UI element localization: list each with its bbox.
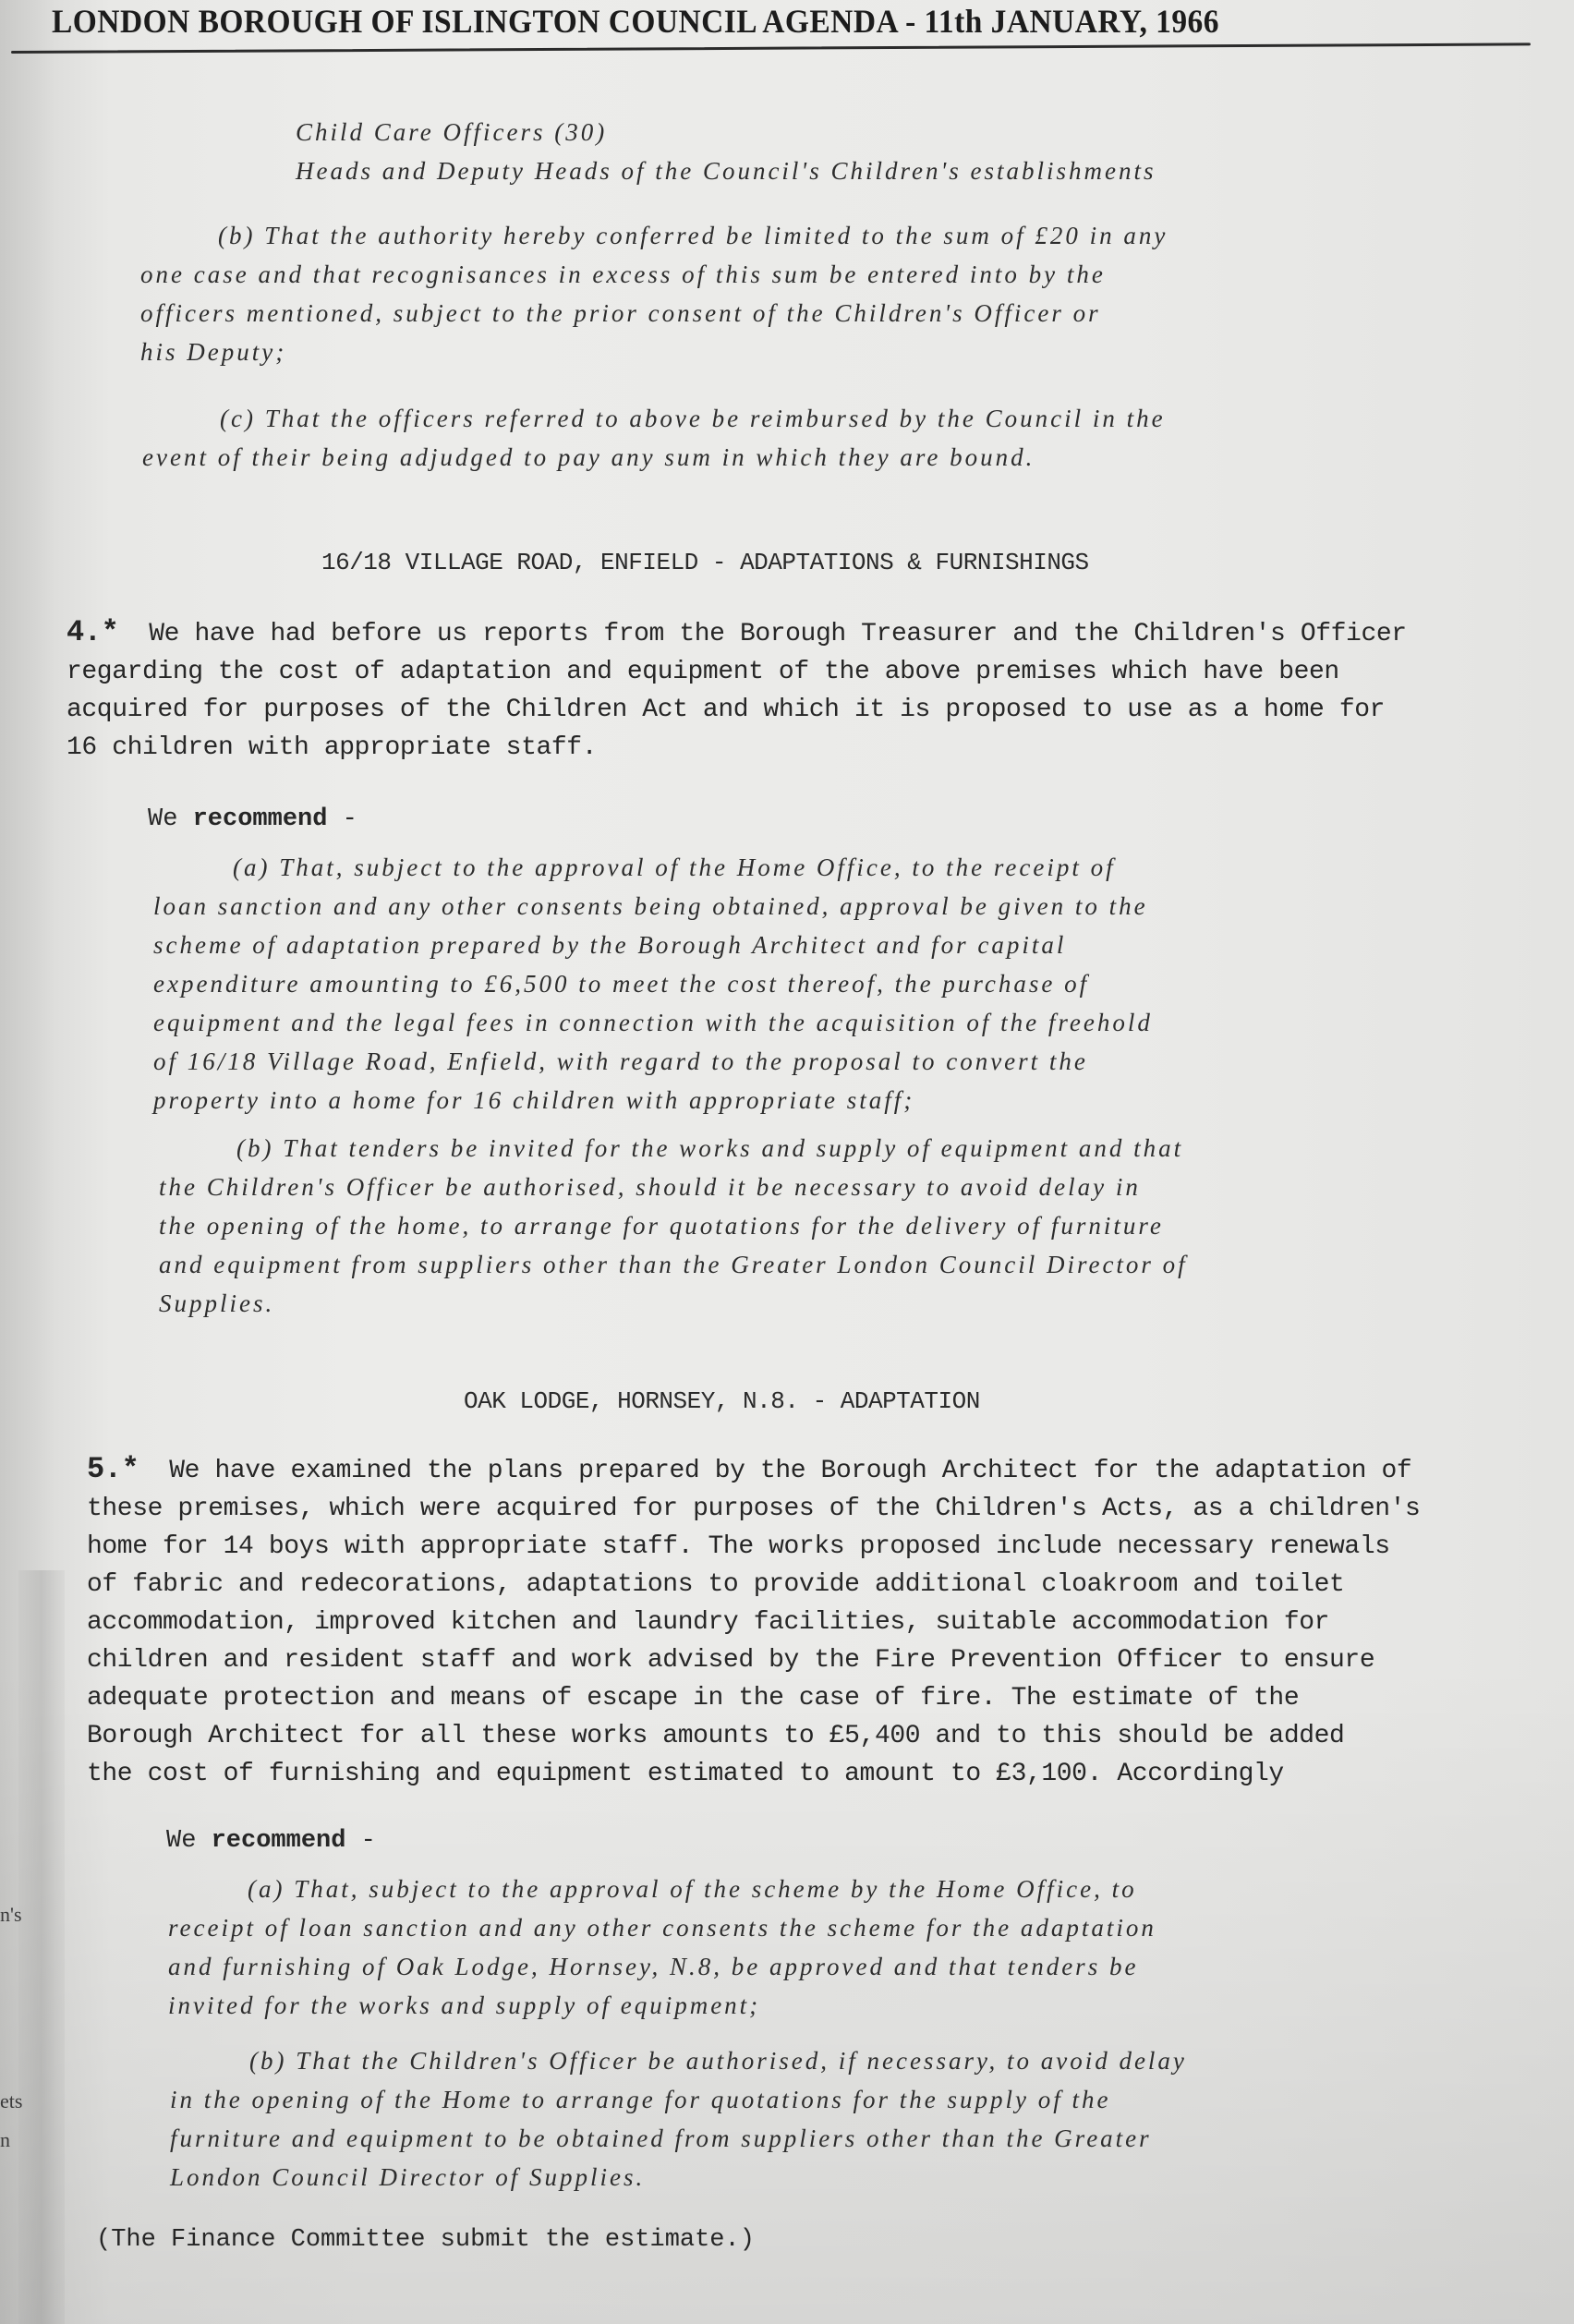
item-4-body: 4.* We have had before us reports from t…: [67, 613, 1407, 767]
paragraph-line: the opening of the home, to arrange for …: [159, 1206, 1188, 1245]
paragraph-line: acquired for purposes of the Children Ac…: [67, 691, 1407, 729]
paragraph-line: expenditure amounting to £6,500 to meet …: [153, 964, 1153, 1003]
agenda-header-title: LONDON BOROUGH OF ISLINGTON COUNCIL AGEN…: [52, 2, 1426, 41]
clause-b-paragraph: (b) That the authority hereby conferred …: [140, 216, 1168, 371]
item-4-heading: 16/18 VILLAGE ROAD, ENFIELD - ADAPTATION…: [321, 549, 1089, 576]
paragraph-line: 4.* We have had before us reports from t…: [67, 613, 1407, 653]
paragraph-line: (a) That, subject to the approval of the…: [153, 848, 1153, 887]
item-5-recommend-label: We recommend -: [166, 1827, 376, 1855]
item-5-body: 5.* We have examined the plans prepared …: [87, 1450, 1420, 1793]
finance-committee-note: (The Finance Committee submit the estima…: [96, 2226, 755, 2254]
paragraph-line: in the opening of the Home to arrange fo…: [170, 2080, 1187, 2119]
recommend-suffix: -: [343, 805, 357, 833]
paragraph-line: the cost of furnishing and equipment est…: [87, 1755, 1420, 1793]
paragraph-text: We have had before us reports from the B…: [149, 620, 1406, 648]
paragraph-line: regarding the cost of adaptation and equ…: [67, 653, 1407, 691]
paragraph-line: (a) That, subject to the approval of the…: [168, 1870, 1156, 1908]
officer-list-item: Child Care Officers (30): [296, 118, 607, 147]
paragraph-line: scheme of adaptation prepared by the Bor…: [153, 926, 1153, 964]
item-5-heading: OAK LODGE, HORNSEY, N.8. - ADAPTATION: [464, 1387, 980, 1415]
paragraph-line: and furnishing of Oak Lodge, Hornsey, N.…: [168, 1947, 1156, 1986]
paragraph-line: 5.* We have examined the plans prepared …: [87, 1450, 1420, 1490]
recommend-suffix: -: [361, 1827, 376, 1855]
adjacent-page-fragment: n: [0, 2128, 10, 2152]
page-spine-shadow: [18, 1570, 65, 2324]
paragraph-line: Supplies.: [159, 1284, 1188, 1323]
paragraph-line: these premises, which were acquired for …: [87, 1490, 1420, 1528]
item-4-recommendation-b: (b) That tenders be invited for the work…: [159, 1129, 1188, 1323]
paragraph-line: loan sanction and any other consents bei…: [153, 887, 1153, 926]
officer-list-item: Heads and Deputy Heads of the Council's …: [296, 157, 1156, 186]
paragraph-line: officers mentioned, subject to the prior…: [140, 294, 1168, 333]
paragraph-line: (c) That the officers referred to above …: [142, 399, 1166, 438]
adjacent-page-fragment: ets: [0, 2089, 22, 2113]
item-number: 4.*: [67, 615, 118, 649]
paragraph-line: accommodation, improved kitchen and laun…: [87, 1604, 1420, 1641]
paragraph-line: invited for the works and supply of equi…: [168, 1986, 1156, 2025]
paragraph-line: 16 children with appropriate staff.: [67, 729, 1407, 767]
paragraph-line: children and resident staff and work adv…: [87, 1641, 1420, 1679]
paragraph-line: one case and that recognisances in exces…: [140, 255, 1168, 294]
paragraph-line: Borough Architect for all these works am…: [87, 1717, 1420, 1755]
paragraph-line: of fabric and redecorations, adaptations…: [87, 1566, 1420, 1604]
paragraph-line: his Deputy;: [140, 333, 1168, 371]
paragraph-line: furniture and equipment to be obtained f…: [170, 2119, 1187, 2158]
paragraph-line: (b) That tenders be invited for the work…: [159, 1129, 1188, 1168]
item-5-recommendation-a: (a) That, subject to the approval of the…: [168, 1870, 1156, 2025]
item-4-recommend-label: We recommend -: [148, 805, 357, 833]
recommend-bold: recommend: [193, 805, 328, 833]
recommend-prefix: We: [148, 805, 177, 833]
paragraph-line: home for 14 boys with appropriate staff.…: [87, 1528, 1420, 1566]
paragraph-line: event of their being adjudged to pay any…: [142, 438, 1166, 477]
paragraph-text: We have examined the plans prepared by t…: [169, 1457, 1411, 1485]
paragraph-line: receipt of loan sanction and any other c…: [168, 1908, 1156, 1947]
paragraph-line: of 16/18 Village Road, Enfield, with reg…: [153, 1042, 1153, 1081]
clause-c-paragraph: (c) That the officers referred to above …: [142, 399, 1166, 477]
paragraph-line: equipment and the legal fees in connecti…: [153, 1003, 1153, 1042]
recommend-bold: recommend: [212, 1827, 346, 1855]
paragraph-line: and equipment from suppliers other than …: [159, 1245, 1188, 1284]
recommend-prefix: We: [166, 1827, 196, 1855]
paragraph-line: (b) That the Children's Officer be autho…: [170, 2041, 1187, 2080]
item-number: 5.*: [87, 1452, 139, 1486]
paragraph-line: adequate protection and means of escape …: [87, 1679, 1420, 1717]
paragraph-line: property into a home for 16 children wit…: [153, 1081, 1153, 1120]
item-4-recommendation-a: (a) That, subject to the approval of the…: [153, 848, 1153, 1120]
adjacent-page-fragment: n's: [0, 1903, 22, 1927]
paragraph-line: London Council Director of Supplies.: [170, 2158, 1187, 2197]
item-5-recommendation-b: (b) That the Children's Officer be autho…: [170, 2041, 1187, 2197]
paragraph-line: (b) That the authority hereby conferred …: [140, 216, 1168, 255]
paragraph-line: the Children's Officer be authorised, sh…: [159, 1168, 1188, 1206]
